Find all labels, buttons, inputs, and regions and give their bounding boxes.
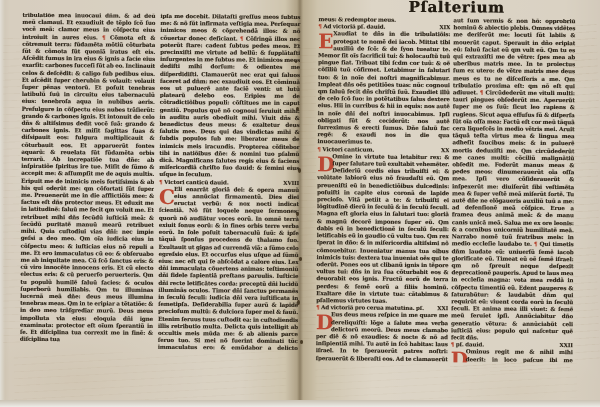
psalm-xviii-text-end: meus: & redemptor meus. xyxy=(318,17,396,24)
page-bottom-edge xyxy=(0,400,600,407)
psalm-xxi-text: Eus deus meus reſpice in me quare me der… xyxy=(316,313,448,363)
psalm-xviii-text: Eli enarrãt gloriã dei: & opera manuũ ei… xyxy=(158,187,299,350)
rubric-label-xxii: ¶ pſ. dauid. xyxy=(451,342,484,348)
rubric-label-xx: ¶ Victori canticum. xyxy=(317,147,374,153)
lombard-initial-c: C xyxy=(159,188,173,207)
left-page-column-1: tribulatiõe mea inuocaui dñm. & ad deũ m… xyxy=(20,13,156,348)
left-page-column-2: ipſa me docebit. Dilataſti greſſus meos … xyxy=(158,14,301,350)
printed-text-layer: Pſalterium tribulatiõe mea inuocaui dñm.… xyxy=(0,0,600,407)
right-page-column-2: aut ſum vermis & non hõ: opprobriũ homin… xyxy=(451,18,576,363)
chapter-number-xx: XX xyxy=(438,148,450,155)
psalm-xx-text: Omine in virtute tua letabitur rex: & ſu… xyxy=(316,154,449,304)
rubric-label-xviii: ¶ Victori canticũ dauid. xyxy=(159,180,229,187)
right-page-column-1: meus: & redemptor meus. XIX ¶ Ad victori… xyxy=(316,17,451,362)
psalm-xxii-text: Ominus regit me & nihil mihi deerit: in … xyxy=(451,350,573,363)
rubric-label-xxi: ¶ Ad victoriã pro cerua matutina. pſ. xyxy=(316,305,424,312)
lombard-initial-d: D xyxy=(451,351,465,364)
psalm-xix-text: Xaudiat te dñs in die tribulatiõis: prot… xyxy=(317,32,450,146)
lombard-initial-d: D xyxy=(317,155,331,174)
psalm-xxi-text-continued: aut ſum vermis & non hõ: opprobriũ homin… xyxy=(451,18,576,341)
lombard-initial-e: E xyxy=(318,33,332,52)
rubric-label-xix: ¶ Ad victoriã pſ. dauid. xyxy=(318,24,385,31)
book-photo: Pſalterium tribulatiõe mea inuocaui dñm.… xyxy=(0,0,600,407)
running-title: Pſalterium xyxy=(361,0,551,17)
psalm-xvii-text-continued: ipſa me docebit. Dilataſti greſſus meos … xyxy=(159,14,300,179)
psalm-xvii-text: tribulatiõe mea inuocaui dñm. & ad deũ m… xyxy=(20,13,156,343)
lombard-initial-d: D xyxy=(316,313,330,332)
